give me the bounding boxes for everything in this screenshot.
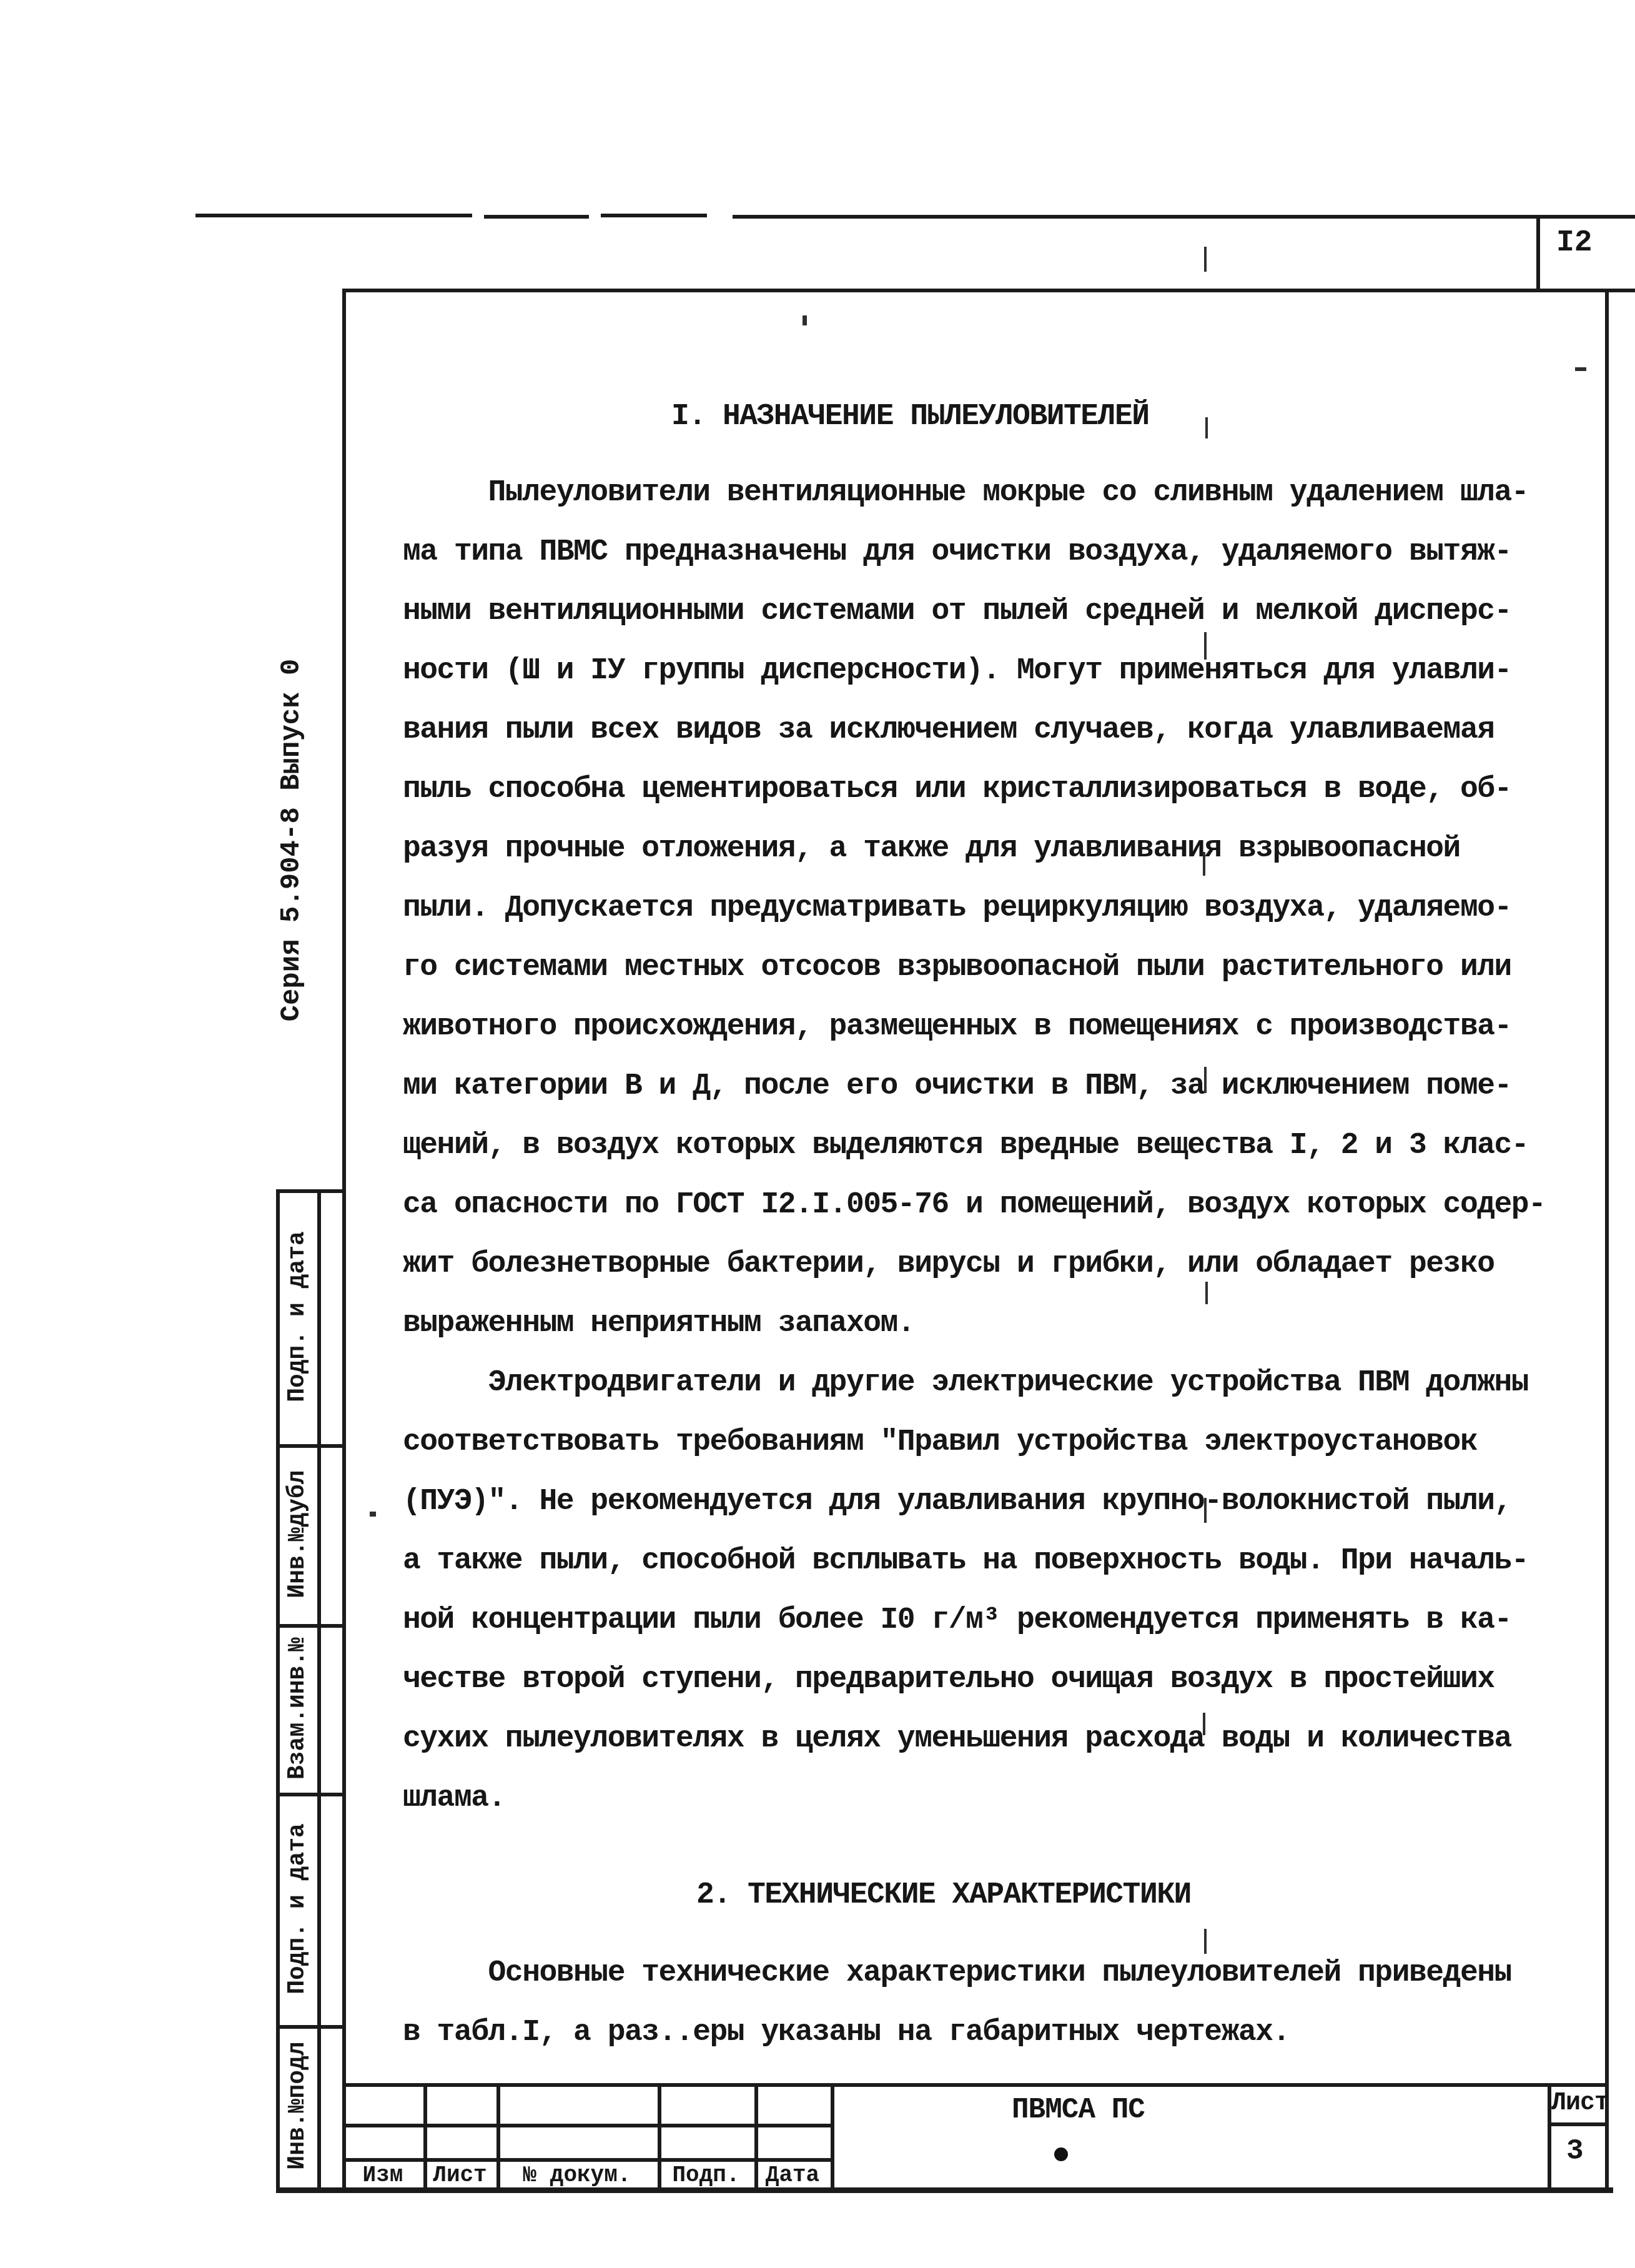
sheet-number: 3 (1566, 2135, 1584, 2167)
scan-artifact (1204, 1929, 1207, 1954)
section-heading-1: I. НАЗНАЧЕНИЕ ПЫЛЕУЛОВИТЕЛЕЙ (671, 400, 1149, 433)
text-line: честве второй ступени, предварительно оч… (403, 1650, 1545, 1710)
scan-artifact (1203, 1713, 1205, 1735)
page-top-rule (601, 214, 707, 217)
text-line: а также пыли, способной всплывать на пов… (403, 1532, 1545, 1591)
text-line: шлама. (403, 1769, 1545, 1828)
series-side-label: Серия 5.904-8 Выпуск 0 (270, 590, 314, 1090)
scan-artifact (1204, 632, 1207, 660)
text-line: ности (Ш и IУ группы дисперсности). Могу… (403, 641, 1545, 701)
stamp-strip-inner-line (317, 1189, 321, 2189)
text-line: щений, в воздух которых выделяются вредн… (403, 1116, 1545, 1176)
text-line: пыль способна цементироваться или криста… (403, 760, 1545, 820)
body-text: Пылеуловители вентиляционные мокрые со с… (403, 463, 1545, 1828)
page-number: I2 (1556, 226, 1593, 260)
scan-artifact (1204, 1067, 1207, 1093)
titleblock-col-podp: Подп. (658, 2162, 754, 2188)
text-line: соответствовать требованиям "Правил устр… (403, 1413, 1545, 1472)
scan-artifact (1205, 417, 1208, 438)
text-line: Пылеуловители вентиляционные мокрые со с… (403, 463, 1545, 523)
document-code: ПВМСА ПС (1012, 2094, 1145, 2126)
scan-artifact (1204, 1498, 1207, 1523)
text-line: го системами местных отсосов взрывоопасн… (403, 938, 1545, 998)
scan-artifact (1205, 1282, 1208, 1304)
scan-artifact (803, 315, 807, 325)
stamp-label-inv-podl: Инв.№подл (279, 2025, 317, 2186)
frame-right (1605, 289, 1609, 2192)
text-line: животного происхождения, размещенных в п… (403, 998, 1545, 1057)
text-line: (ПУЭ)". Не рекомендуется для улавливания… (403, 1472, 1545, 1532)
stamp-dot (1054, 2147, 1068, 2161)
frame-top (342, 289, 1635, 292)
scan-artifact (370, 1512, 376, 1517)
sheet-box-divider (1548, 2122, 1609, 2126)
text-line: са опасности по ГОСТ I2.I.005-76 и помещ… (403, 1176, 1545, 1235)
text-line: ма типа ПВМС предназначены для очистки в… (403, 523, 1545, 582)
titleblock-row-line (342, 2124, 834, 2127)
titleblock-column-line (831, 2083, 834, 2191)
scan-artifact (1203, 852, 1205, 876)
scan-artifact (1575, 367, 1586, 371)
text-line: ми категории В и Д, после его очистки в … (403, 1057, 1545, 1116)
text-line: разуя прочные отложения, а также для ула… (403, 820, 1545, 879)
text-line: вания пыли всех видов за исключением слу… (403, 701, 1545, 760)
titleblock-col-data: Дата (754, 2162, 831, 2188)
text-line: ными вентиляционными системами от пылей … (403, 582, 1545, 641)
frame-left (342, 289, 346, 2192)
text-line: выраженным неприятным запахом. (403, 1294, 1545, 1354)
text-line: Основные технические характеристики пыле… (403, 1944, 1511, 2003)
scan-artifact (1204, 247, 1207, 272)
titleblock-col-list: Лист (423, 2162, 496, 2188)
body-text-2: Основные технические характеристики пыле… (403, 1944, 1511, 2062)
stamp-label-inv-dubl: Инв.№дубл (279, 1444, 317, 1624)
document-page: I2 Серия 5.904-8 Выпуск 0 Подп. и дата И… (0, 0, 1635, 2268)
stamp-label-podp-i-data-2: Подп. и дата (279, 1793, 317, 2025)
text-line: пыли. Допускается предусматривать рецирк… (403, 879, 1545, 938)
text-line: жит болезнетворные бактерии, вирусы и гр… (403, 1235, 1545, 1294)
stamp-label-podp-i-data: Подп. и дата (279, 1189, 317, 1444)
titleblock-top-line (342, 2083, 1609, 2087)
page-top-rule (733, 215, 1635, 219)
text-line: Электродвигатели и другие электрические … (403, 1354, 1545, 1413)
titleblock-col-docnum: № докум. (496, 2162, 658, 2188)
section-heading-2: 2. ТЕХНИЧЕСКИЕ ХАРАКТЕРИСТИКИ (696, 1878, 1191, 1912)
text-line: ной концентрации пыли более I0 г/м³ реко… (403, 1591, 1545, 1650)
titleblock-col-izm: Изм (342, 2162, 423, 2188)
page-top-rule (484, 215, 589, 219)
text-line: сухих пылеуловителях в целях уменьшения … (403, 1710, 1545, 1769)
stamp-label-vzam-inv: Взам.инв.№ (279, 1624, 317, 1793)
frame-bottom (276, 2187, 1613, 2193)
text-line: в табл.I, а раз..еры указаны на габаритн… (403, 2003, 1511, 2062)
titleblock-row-line (342, 2158, 834, 2162)
sheet-label: Лист (1551, 2089, 1609, 2117)
page-top-rule (195, 214, 472, 217)
page-number-box-line (1536, 215, 1540, 292)
